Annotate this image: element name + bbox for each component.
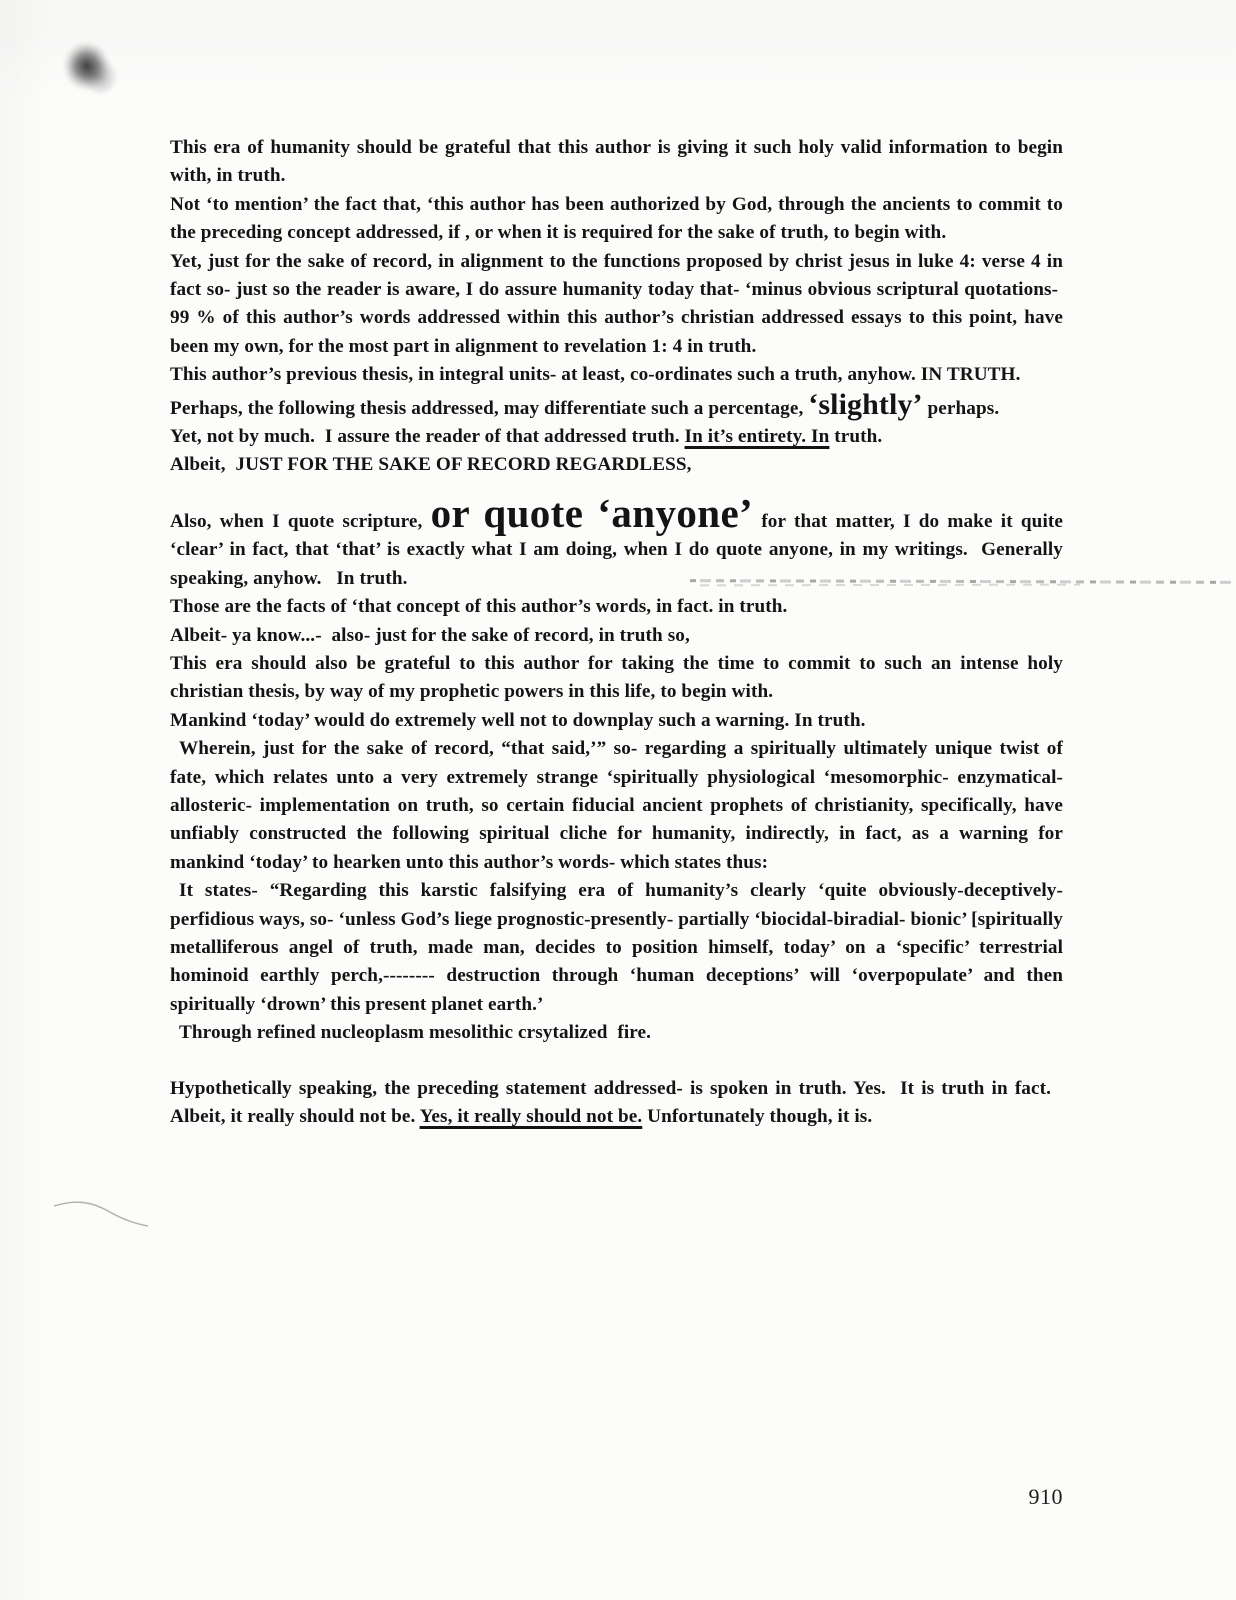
text-run: Through refined nucleoplasm mesolithic c… — [179, 1022, 651, 1043]
paragraph: It states- “Regarding this karstic falsi… — [170, 877, 1063, 1019]
text-run: Yes, it really should not be. — [420, 1106, 643, 1127]
paragraph: Hypothetically speaking, the preceding s… — [170, 1075, 1063, 1132]
paragraph: Albeit, JUST FOR THE SAKE OF RECORD REGA… — [170, 451, 1063, 479]
paragraph: Yet, just for the sake of record, in ali… — [170, 248, 1063, 362]
text-run: Those are the facts of ‘that concept of … — [170, 596, 787, 617]
paragraph: Also, when I quote scripture, or quote ‘… — [170, 493, 1063, 593]
paragraph: Perhaps, the following thesis addressed,… — [170, 390, 1063, 423]
paragraph: Not ‘to mention’ the fact that, ‘this au… — [170, 191, 1063, 248]
paragraph: Albeit- ya know...- also- just for the s… — [170, 622, 1063, 650]
pencil-stroke — [48, 1190, 152, 1230]
page-number: 910 — [170, 1484, 1063, 1510]
text-run: truth. — [829, 426, 882, 447]
text-run: Unfortunately though, it is. — [642, 1106, 872, 1127]
text-run: Also, when I quote scripture, — [170, 511, 431, 532]
text-run: Not ‘to mention’ the fact that, ‘this au… — [170, 194, 1063, 243]
paragraph: Those are the facts of ‘that concept of … — [170, 593, 1063, 621]
text-run: Wherein, just for the sake of record, “t… — [170, 738, 1063, 873]
paragraph: This author’s previous thesis, in integr… — [170, 361, 1063, 389]
text-run: Perhaps, the following thesis addressed,… — [170, 398, 808, 419]
text-run: Yet, not by much. I assure the reader of… — [170, 426, 685, 447]
text-run: This era should also be grateful to this… — [170, 653, 1063, 702]
document-body: This era of humanity should be grateful … — [170, 134, 1063, 1131]
text-run: or quote ‘anyone’ — [431, 490, 753, 536]
paragraph: This era of humanity should be grateful … — [170, 134, 1063, 191]
text-run: Albeit, JUST FOR THE SAKE OF RECORD REGA… — [170, 454, 692, 475]
paragraph: Through refined nucleoplasm mesolithic c… — [170, 1019, 1063, 1047]
text-run: Yet, just for the sake of record, in ali… — [170, 251, 1063, 357]
text-run: Albeit- ya know...- also- just for the s… — [170, 625, 690, 646]
text-run: In it’s entirety. In — [685, 426, 830, 447]
paragraph: Yet, not by much. I assure the reader of… — [170, 423, 1063, 451]
paragraph: This era should also be grateful to this… — [170, 650, 1063, 707]
scanned-document-page: This era of humanity should be grateful … — [0, 0, 1236, 1600]
ink-smudge — [58, 36, 126, 104]
text-run: This era of humanity should be grateful … — [170, 137, 1063, 186]
paragraph: Wherein, just for the sake of record, “t… — [170, 735, 1063, 877]
text-run: perhaps. — [923, 398, 1000, 419]
paragraph: Mankind ‘today’ would do extremely well … — [170, 707, 1063, 735]
text-run: This author’s previous thesis, in integr… — [170, 364, 1020, 385]
text-run: It states- “Regarding this karstic falsi… — [170, 880, 1063, 1015]
text-run: Mankind ‘today’ would do extremely well … — [170, 710, 866, 731]
text-run: ‘slightly’ — [808, 388, 922, 421]
